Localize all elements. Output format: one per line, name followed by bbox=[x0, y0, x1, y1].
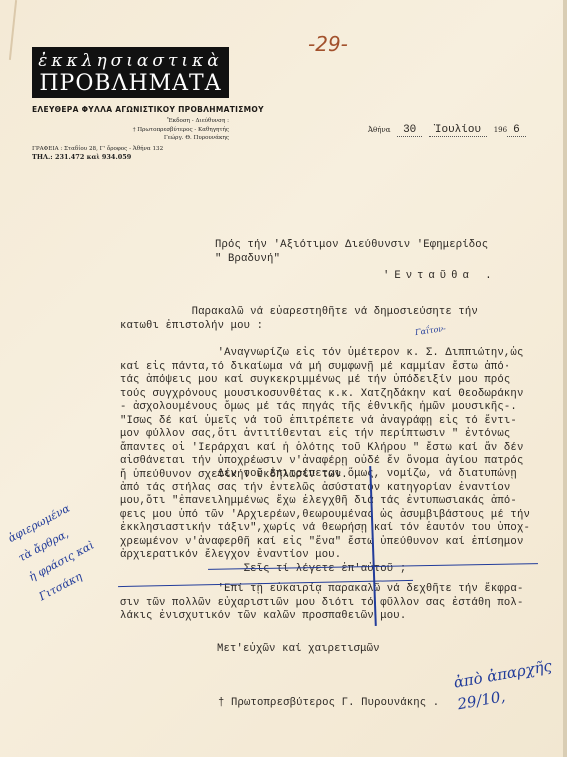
date-year-prefix: 196 bbox=[494, 126, 507, 134]
page-number: -29- bbox=[308, 32, 348, 56]
closing-greeting: Μετ'εὐχῶν καί χαιρετισμῶν bbox=[217, 643, 380, 657]
letterhead-logo: ἐκκλησιαστικὰ ΠΡΟΒΛΗΜΑΤΑ bbox=[32, 47, 229, 98]
recipient-block: Πρός τήν 'Αξιότιμον Διεύθυνσιν 'Εφημερίδ… bbox=[215, 239, 488, 266]
publisher-line: † Πρωτοπρεσβύτερος - Καθηγητής bbox=[133, 126, 229, 135]
office-info: ΓΡΑΦΕΙΑ : Σταδίου 28, Γ' ὄροφος - Ἀθήνα … bbox=[32, 145, 163, 161]
office-address: ΓΡΑΦΕΙΑ : Σταδίου 28, Γ' ὄροφος - Ἀθήνα … bbox=[32, 145, 163, 153]
publisher-line: Γεώργ. Θ. Πυρουνάκης bbox=[133, 134, 229, 143]
page-edge bbox=[563, 0, 567, 757]
paragraph-acknowledgement: 'Αναγνωρίζω εἰς τόν ὑμέτερον κ. Σ. Διππι… bbox=[120, 347, 523, 482]
date-year-suffix: 6 bbox=[507, 124, 526, 137]
paper-crease bbox=[9, 0, 17, 60]
date-day: 30 bbox=[397, 124, 422, 137]
office-phone: ΤΗΛ.: 231.472 καὶ 934.059 bbox=[32, 153, 163, 161]
date-city: Ἀθήνα bbox=[368, 126, 390, 134]
location-line: 'Ενταῦθα . bbox=[383, 270, 497, 284]
logo-subtitle: ἐκκλησιαστικὰ bbox=[32, 50, 229, 72]
letterhead-tagline: ΕΛΕΥΘΕΡΑ ΦΥΛΛΑ ΑΓΩΝΙΣΤΙΚΟΥ ΠΡΟΒΛΗΜΑΤΙΣΜΟ… bbox=[32, 105, 264, 114]
publisher-info: Ἔκδοση - Διεύθυνση : † Πρωτοπρεσβύτερος … bbox=[133, 117, 229, 143]
signature-line: † Πρωτοπρεσβύτερος Γ. Πυρουνάκης . bbox=[218, 697, 439, 711]
handwritten-signoff: ἀπὸ ἀπαρχῆς 29/10, bbox=[452, 655, 557, 716]
date-month: Ἰουλίου bbox=[429, 124, 487, 137]
logo-title: ΠΡΟΒΛΗΜΑΤΑ bbox=[32, 72, 229, 96]
paragraph-objection: Δέν τοῦ ἐπιτρέπεται ὅμως, νομίζω, νά δια… bbox=[120, 468, 530, 576]
publisher-line: Ἔκδοση - Διεύθυνση : bbox=[133, 117, 229, 126]
date-line: Ἀθήνα 30 Ἰουλίου 1966 bbox=[368, 124, 526, 136]
paragraph-thanks: 'Επί τῇ εὐκαιρίᾳ παρακαλῶ νά δεχθῆτε τήν… bbox=[120, 583, 523, 624]
letter-page: -29- ἐκκλησιαστικὰ ΠΡΟΒΛΗΜΑΤΑ ΕΛΕΥΘΕΡΑ Φ… bbox=[0, 0, 567, 757]
